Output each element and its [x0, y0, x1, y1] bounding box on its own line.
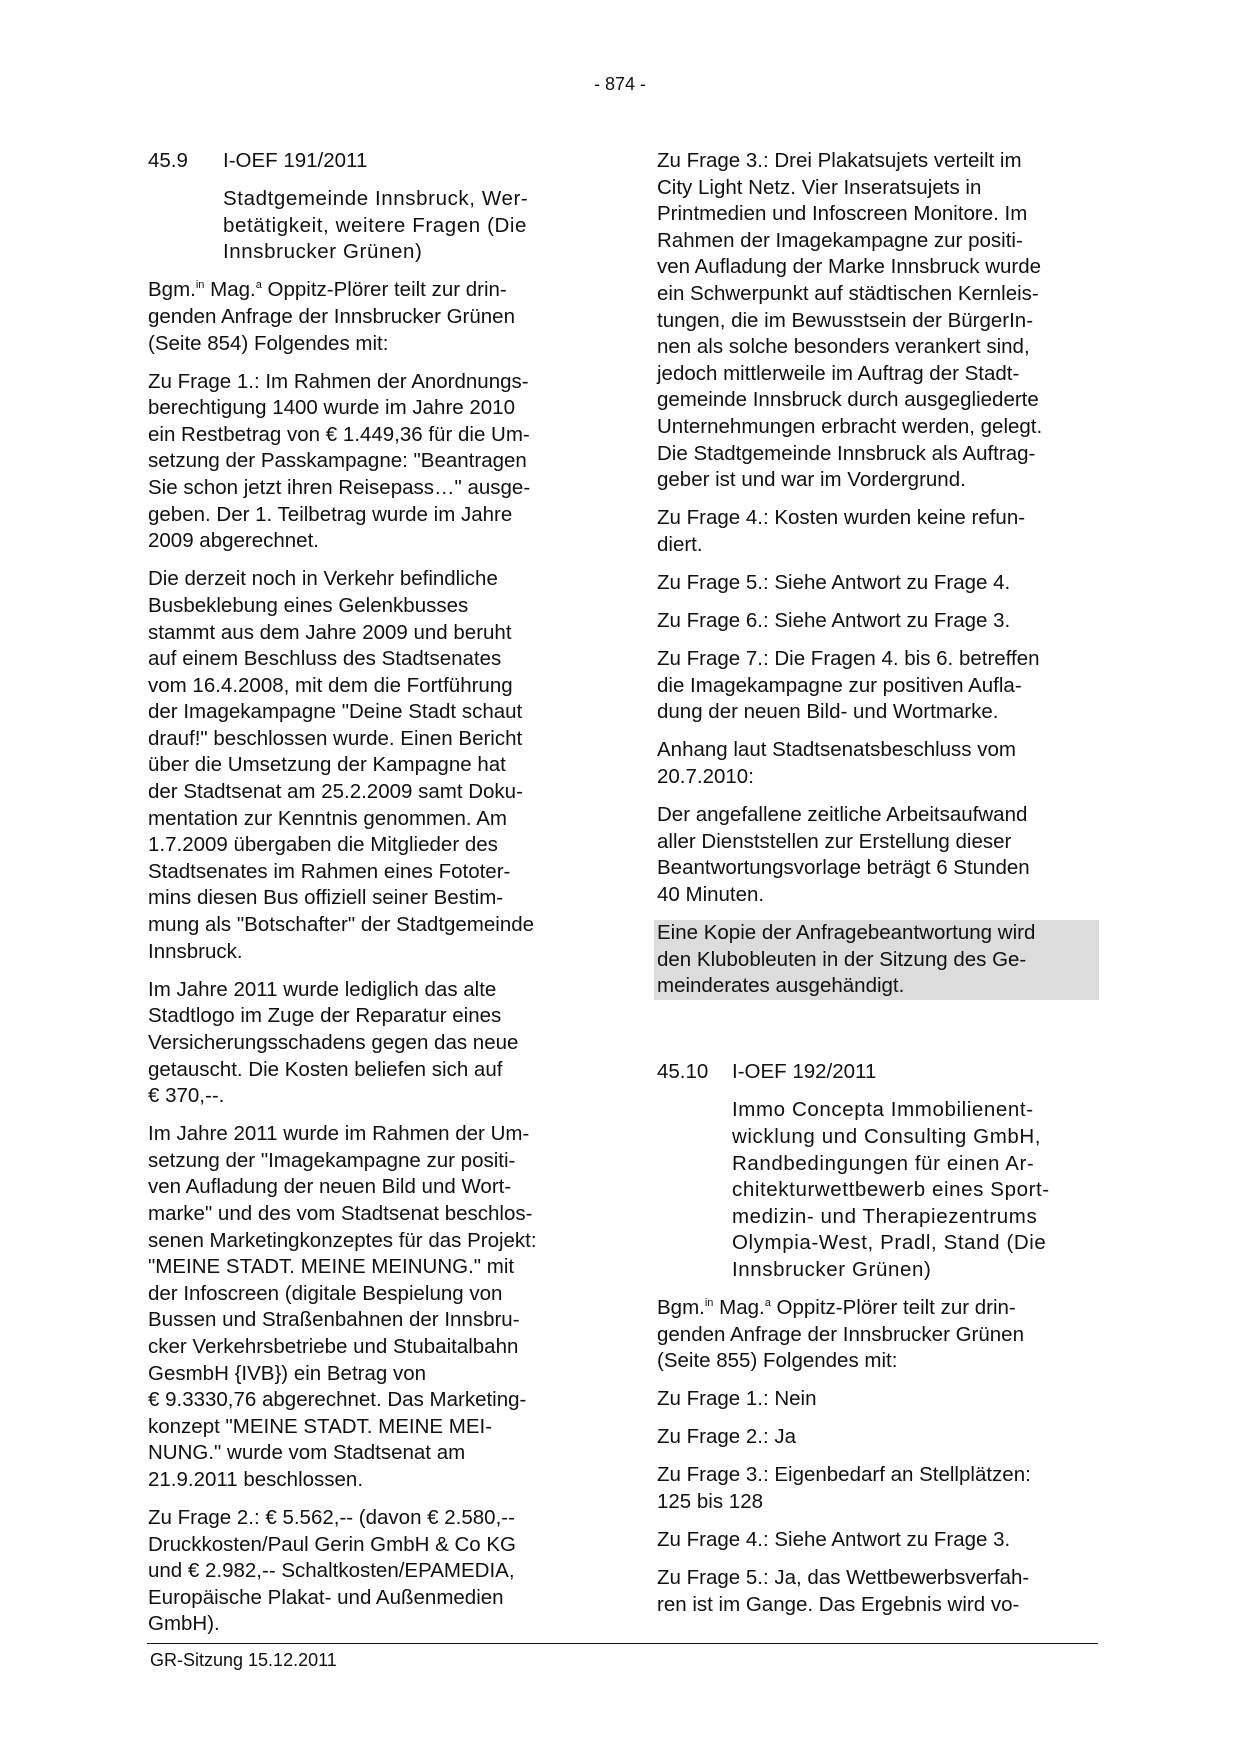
section-number: 45.9 — [148, 148, 223, 175]
answer-frage-3: Zu Frage 3.: Drei Plakatsujets verteilt … — [657, 148, 1102, 494]
answer-frage-7: Zu Frage 7.: Die Fragen 4. bis 6. betref… — [657, 646, 1102, 726]
section-heading-45-10: 45.10 I-OEF 192/2011 — [657, 1059, 1102, 1086]
answer-frage-1: Zu Frage 1.: Im Rahmen der Anordnungs- b… — [148, 369, 593, 555]
section-reference: I-OEF 191/2011 — [223, 148, 367, 175]
right-column: Zu Frage 3.: Drei Plakatsujets verteilt … — [657, 148, 1102, 1630]
answer-frage-2: Zu Frage 2.: € 5.562,-- (davon € 2.580,-… — [148, 1505, 593, 1638]
paragraph-infoscreen: Im Jahre 2011 wurde im Rahmen der Um- se… — [148, 1121, 593, 1493]
paragraph-busbeklebung: Die derzeit noch in Verkehr befindliche … — [148, 566, 593, 965]
intro-paragraph: Bgm.in Mag.a Oppitz-Plörer teilt zur dri… — [148, 277, 593, 357]
answer-frage-4: Zu Frage 4.: Siehe Antwort zu Frage 3. — [657, 1527, 1102, 1554]
section-heading-45-9: 45.9 I-OEF 191/2011 — [148, 148, 593, 175]
answer-frage-6: Zu Frage 6.: Siehe Antwort zu Frage 3. — [657, 608, 1102, 635]
paragraph-stadtlogo: Im Jahre 2011 wurde lediglich das alte S… — [148, 977, 593, 1110]
highlighted-copy-note: Eine Kopie der Anfragebeantwortung wird … — [654, 920, 1099, 1000]
footer-divider — [147, 1643, 1098, 1644]
answer-frage-5: Zu Frage 5.: Ja, das Wettbewerbsverfah- … — [657, 1565, 1102, 1618]
intro-paragraph: Bgm.in Mag.a Oppitz-Plörer teilt zur dri… — [657, 1295, 1102, 1375]
section-title: Stadtgemeinde Innsbruck, Wer- betätigkei… — [223, 186, 593, 266]
section-number: 45.10 — [657, 1059, 732, 1086]
answer-frage-1: Zu Frage 1.: Nein — [657, 1386, 1102, 1413]
answer-frage-3: Zu Frage 3.: Eigenbedarf an Stellplätzen… — [657, 1462, 1102, 1515]
answer-frage-5: Zu Frage 5.: Siehe Antwort zu Frage 4. — [657, 570, 1102, 597]
answer-frage-2: Zu Frage 2.: Ja — [657, 1424, 1102, 1451]
answer-frage-4: Zu Frage 4.: Kosten wurden keine refun- … — [657, 505, 1102, 558]
attachment-note: Anhang laut Stadtsenatsbeschluss vom 20.… — [657, 737, 1102, 790]
section-reference: I-OEF 192/2011 — [732, 1059, 876, 1086]
section-title: Immo Concepta Immobilienent- wicklung un… — [732, 1097, 1102, 1283]
workload-paragraph: Der angefallene zeitliche Arbeitsaufwand… — [657, 802, 1102, 908]
page-number: - 874 - — [594, 74, 646, 95]
footer-session-date: GR-Sitzung 15.12.2011 — [150, 1650, 337, 1671]
left-column: 45.9 I-OEF 191/2011 Stadtgemeinde Innsbr… — [148, 148, 593, 1649]
